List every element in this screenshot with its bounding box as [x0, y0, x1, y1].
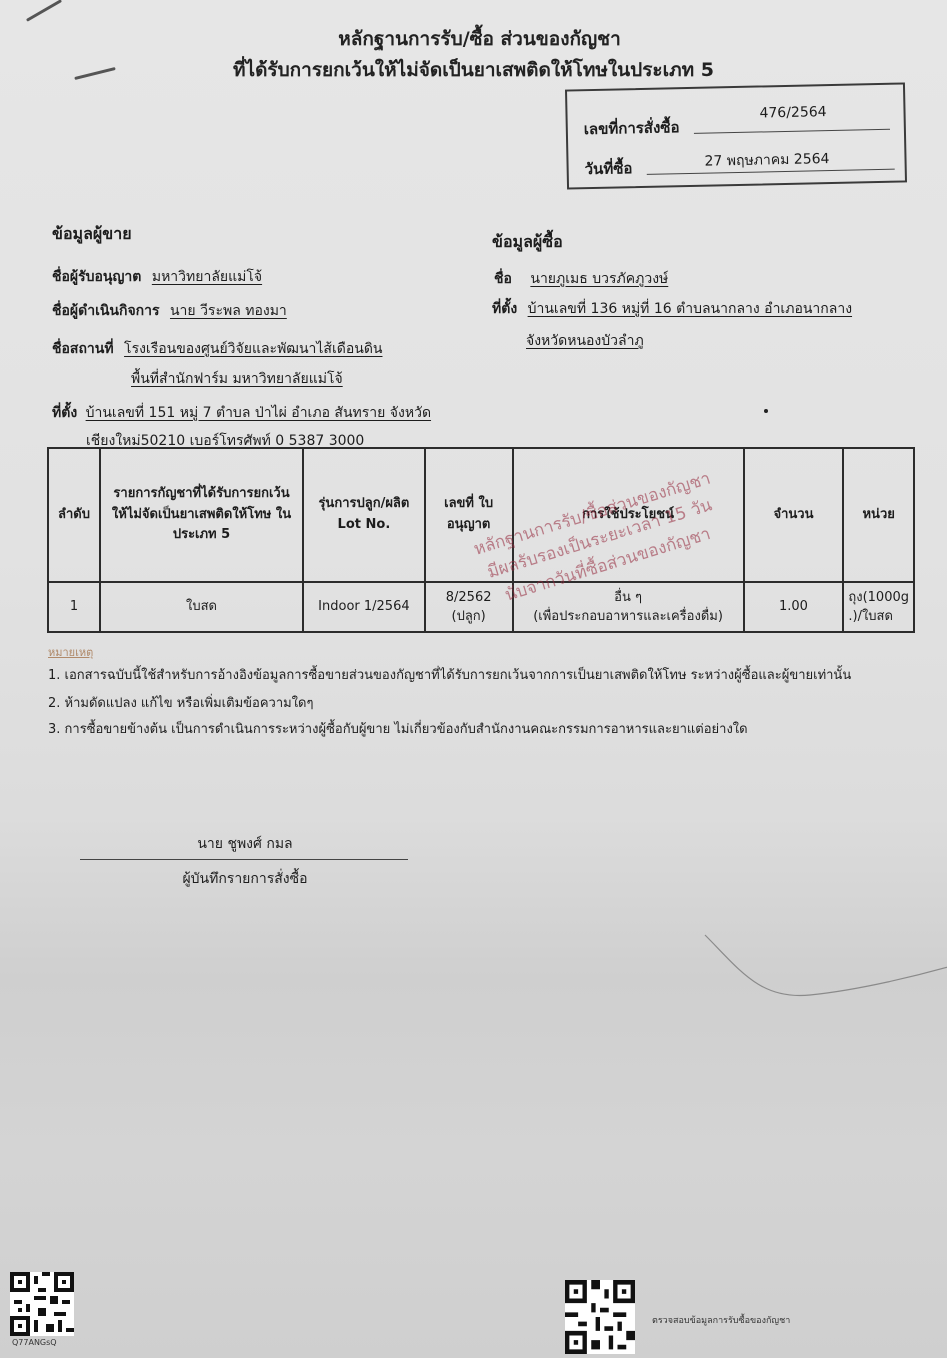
recorder-role: ผู้บันทึกรายการสั่งซื้อ	[60, 868, 430, 890]
items-table: ลำดับ รายการกัญชาที่ได้รับการยกเว้น ให้ไ…	[47, 447, 915, 633]
buyer-address-line2: จังหวัดหนองบัวลำภู	[526, 333, 644, 349]
seller-operator: ชื่อผู้ดำเนินกิจการ นาย วีระพล ทองมา	[52, 300, 287, 322]
buyer-name-value: นายภูเมธ บวรภัคภูวงษ์	[530, 271, 668, 287]
col-header-unit: หน่วย	[843, 448, 914, 582]
speck	[764, 409, 768, 413]
col-header-usage: การใช้ประโยชน์	[513, 448, 744, 582]
signature-line	[80, 859, 408, 860]
verify-caption: ตรวจสอบข้อมูลการรับซื้อของกัญชา	[652, 1313, 790, 1327]
col-header-no: ลำดับ	[48, 448, 100, 582]
qr-code-left[interactable]	[10, 1272, 74, 1336]
col-header-item: รายการกัญชาที่ได้รับการยกเว้น ให้ไม่จัดเ…	[100, 448, 303, 582]
order-info-box: เลขที่การสั่งซื้อ 476/2564 วันที่ซื้อ 27…	[565, 82, 907, 189]
buyer-name-label: ชื่อ	[494, 271, 512, 287]
seller-operator-value: นาย วีระพล ทองมา	[170, 303, 287, 319]
order-number-label: เลขที่การสั่งซื้อ	[584, 115, 680, 141]
qr-caption-left: Q77ANGsQ	[12, 1338, 57, 1347]
cell-no: 1	[48, 582, 100, 632]
cell-lot: Indoor 1/2564	[303, 582, 425, 632]
seller-licensee-label: ชื่อผู้รับอนุญาต	[52, 269, 141, 285]
seller-heading: ข้อมูลผู้ขาย	[52, 222, 132, 247]
buyer-name: ชื่อ นายภูเมธ บวรภัคภูวงษ์	[494, 268, 668, 290]
notes-heading: หมายเหตุ	[48, 643, 93, 661]
seller-licensee-value: มหาวิทยาลัยแม่โจ้	[152, 269, 262, 285]
cell-unit: ถุง(1000g .)/ใบสด	[843, 582, 914, 632]
seller-place: ชื่อสถานที่ โรงเรือนของศูนย์วิจัยและพัฒน…	[52, 338, 382, 360]
staple-mark	[26, 0, 62, 22]
buyer-address: ที่ตั้ง บ้านเลขที่ 136 หมู่ที่ 16 ตำบลนา…	[492, 298, 852, 320]
qr-code-right[interactable]	[565, 1280, 635, 1354]
seller-address-label: ที่ตั้ง	[52, 405, 77, 421]
col-header-lot: รุ่นการปลูก/ผลิต Lot No.	[303, 448, 425, 582]
note-item: 2. ห้ามดัดแปลง แก้ไข หรือเพิ่มเติมข้อควา…	[48, 692, 313, 713]
seller-licensee: ชื่อผู้รับอนุญาต มหาวิทยาลัยแม่โจ้	[52, 266, 262, 288]
seller-place-line2: พื้นที่สำนักฟาร์ม มหาวิทยาลัยแม่โจ้	[131, 371, 343, 387]
recorder-name: นาย ชูพงศ์ กมล	[60, 833, 430, 855]
qr-code-icon	[10, 1272, 74, 1336]
col-header-license: เลขที่ ใบอนุญาต	[425, 448, 513, 582]
order-number-value: 476/2564	[759, 104, 826, 121]
buyer-heading: ข้อมูลผู้ซื้อ	[492, 230, 563, 255]
buyer-address-label: ที่ตั้ง	[492, 301, 517, 317]
note-item: 3. การซื้อขายข้างต้น เป็นการดำเนินการระห…	[48, 718, 748, 739]
table-row: 1 ใบสด Indoor 1/2564 8/2562 (ปลูก) อื่น …	[48, 582, 914, 632]
paper-crease	[700, 930, 947, 1000]
qr-code-icon	[565, 1280, 635, 1354]
seller-address-line1: บ้านเลขที่ 151 หมู่ 7 ตำบล ป่าไผ่ อำเภอ …	[86, 405, 431, 421]
cell-quantity: 1.00	[744, 582, 844, 632]
document-title-line2: ที่ได้รับการยกเว้นให้ไม่จัดเป็นยาเสพติดใ…	[0, 55, 947, 85]
buyer-address-line1: บ้านเลขที่ 136 หมู่ที่ 16 ตำบลนากลาง อำเ…	[528, 301, 852, 317]
seller-address: ที่ตั้ง บ้านเลขที่ 151 หมู่ 7 ตำบล ป่าไผ…	[52, 402, 431, 424]
note-item: 1. เอกสารฉบับนี้ใช้สำหรับการอ้างอิงข้อมู…	[48, 664, 851, 685]
document-title-line1: หลักฐานการรับ/ซื้อ ส่วนของกัญชา	[0, 24, 947, 54]
cell-item: ใบสด	[100, 582, 303, 632]
col-header-quantity: จำนวน	[744, 448, 844, 582]
seller-place-label: ชื่อสถานที่	[52, 341, 114, 357]
seller-place-line1: โรงเรือนของศูนย์วิจัยและพัฒนาไส้เดือนดิน	[124, 341, 382, 357]
cell-license: 8/2562 (ปลูก)	[425, 582, 513, 632]
cell-usage: อื่น ๆ (เพื่อประกอบอาหารและเครื่องดื่ม)	[513, 582, 744, 632]
order-date-label: วันที่ซื้อ	[584, 156, 632, 181]
seller-operator-label: ชื่อผู้ดำเนินกิจการ	[52, 303, 160, 319]
order-date-value: 27 พฤษภาคม 2564	[704, 148, 829, 173]
